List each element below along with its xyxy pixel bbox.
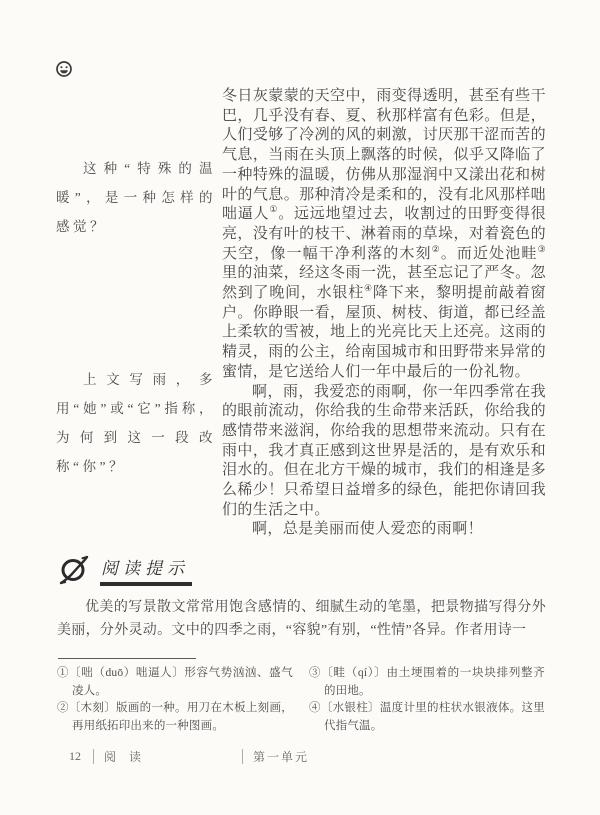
footer-section-label: 阅 读 bbox=[104, 748, 146, 765]
footnotes: ①〔咄（duō）咄逼人〕形容气势汹汹、盛气凌人。 ②〔木刻〕版画的一种。用刀在木… bbox=[57, 665, 546, 735]
page-number: 12 bbox=[69, 749, 93, 764]
reading-tip-header: 阅读提示 bbox=[57, 554, 546, 586]
footnote-column-right: ③〔畦（qí）〕由土埂围着的一块块排列整齐的田地。 ④〔水银柱〕温度计里的柱状水… bbox=[309, 665, 545, 735]
footer-divider bbox=[93, 749, 94, 764]
pen-circle-icon bbox=[57, 554, 91, 586]
footnote-2: ②〔木刻〕版画的一种。用刀在木板上刻画，再用纸拓印出来的一种图画。 bbox=[57, 700, 293, 735]
footnote-1: ①〔咄（duō）咄逼人〕形容气势汹汹、盛气凌人。 bbox=[57, 665, 293, 700]
textbook-page: 这种“特殊的温暖”，是一种怎样的感觉？ 上文写雨，多用“她”或“它”指称，为何到… bbox=[0, 0, 600, 815]
footnote-column-left: ①〔咄（duō）咄逼人〕形容气势汹汹、盛气凌人。 ②〔木刻〕版画的一种。用刀在木… bbox=[57, 665, 293, 735]
margin-note-question-2: 上文写雨，多用“她”或“它”指称，为何到这一段改称“你”？ bbox=[56, 365, 216, 481]
lesson-paragraph: 冬日灰蒙蒙的天空中，雨变得透明，甚至有些干巴，几乎没有春、夏、秋那样富有色彩。但… bbox=[222, 87, 546, 383]
lesson-paragraph: 啊，总是美丽而使人爱恋的雨啊！ bbox=[222, 520, 546, 540]
footnote-3: ③〔畦（qí）〕由土埂围着的一块块排列整齐的田地。 bbox=[309, 665, 545, 700]
margin-note-question-1: 这种“特殊的温暖”，是一种怎样的感觉？ bbox=[56, 154, 216, 241]
page-footer: 12 阅 读 第一单元 bbox=[57, 748, 546, 765]
footer-unit-label: 第一单元 bbox=[253, 748, 309, 765]
reading-tip-body: 优美的写景散文常常用饱含感情的、细腻生动的笔墨，把景物描写得分外美丽，分外灵动。… bbox=[57, 596, 546, 642]
lesson-paragraph: 啊，雨，我爱恋的雨啊，你一年四季常在我的眼前流动，你给我的生命带来活跃，你给我的… bbox=[222, 383, 546, 521]
footnote-4: ④〔水银柱〕温度计里的柱状水银液体。这里代指气温。 bbox=[309, 700, 545, 735]
reading-tip-title: 阅读提示 bbox=[100, 554, 192, 586]
smiley-stamp-icon bbox=[55, 60, 73, 78]
footer-divider bbox=[242, 749, 243, 764]
lesson-body: 冬日灰蒙蒙的天空中，雨变得透明，甚至有些干巴，几乎没有春、夏、秋那样富有色彩。但… bbox=[222, 87, 546, 540]
footnote-divider bbox=[58, 658, 196, 659]
reading-tip-section: 阅读提示 优美的写景散文常常用饱含感情的、细腻生动的笔墨，把景物描写得分外美丽，… bbox=[57, 554, 546, 642]
